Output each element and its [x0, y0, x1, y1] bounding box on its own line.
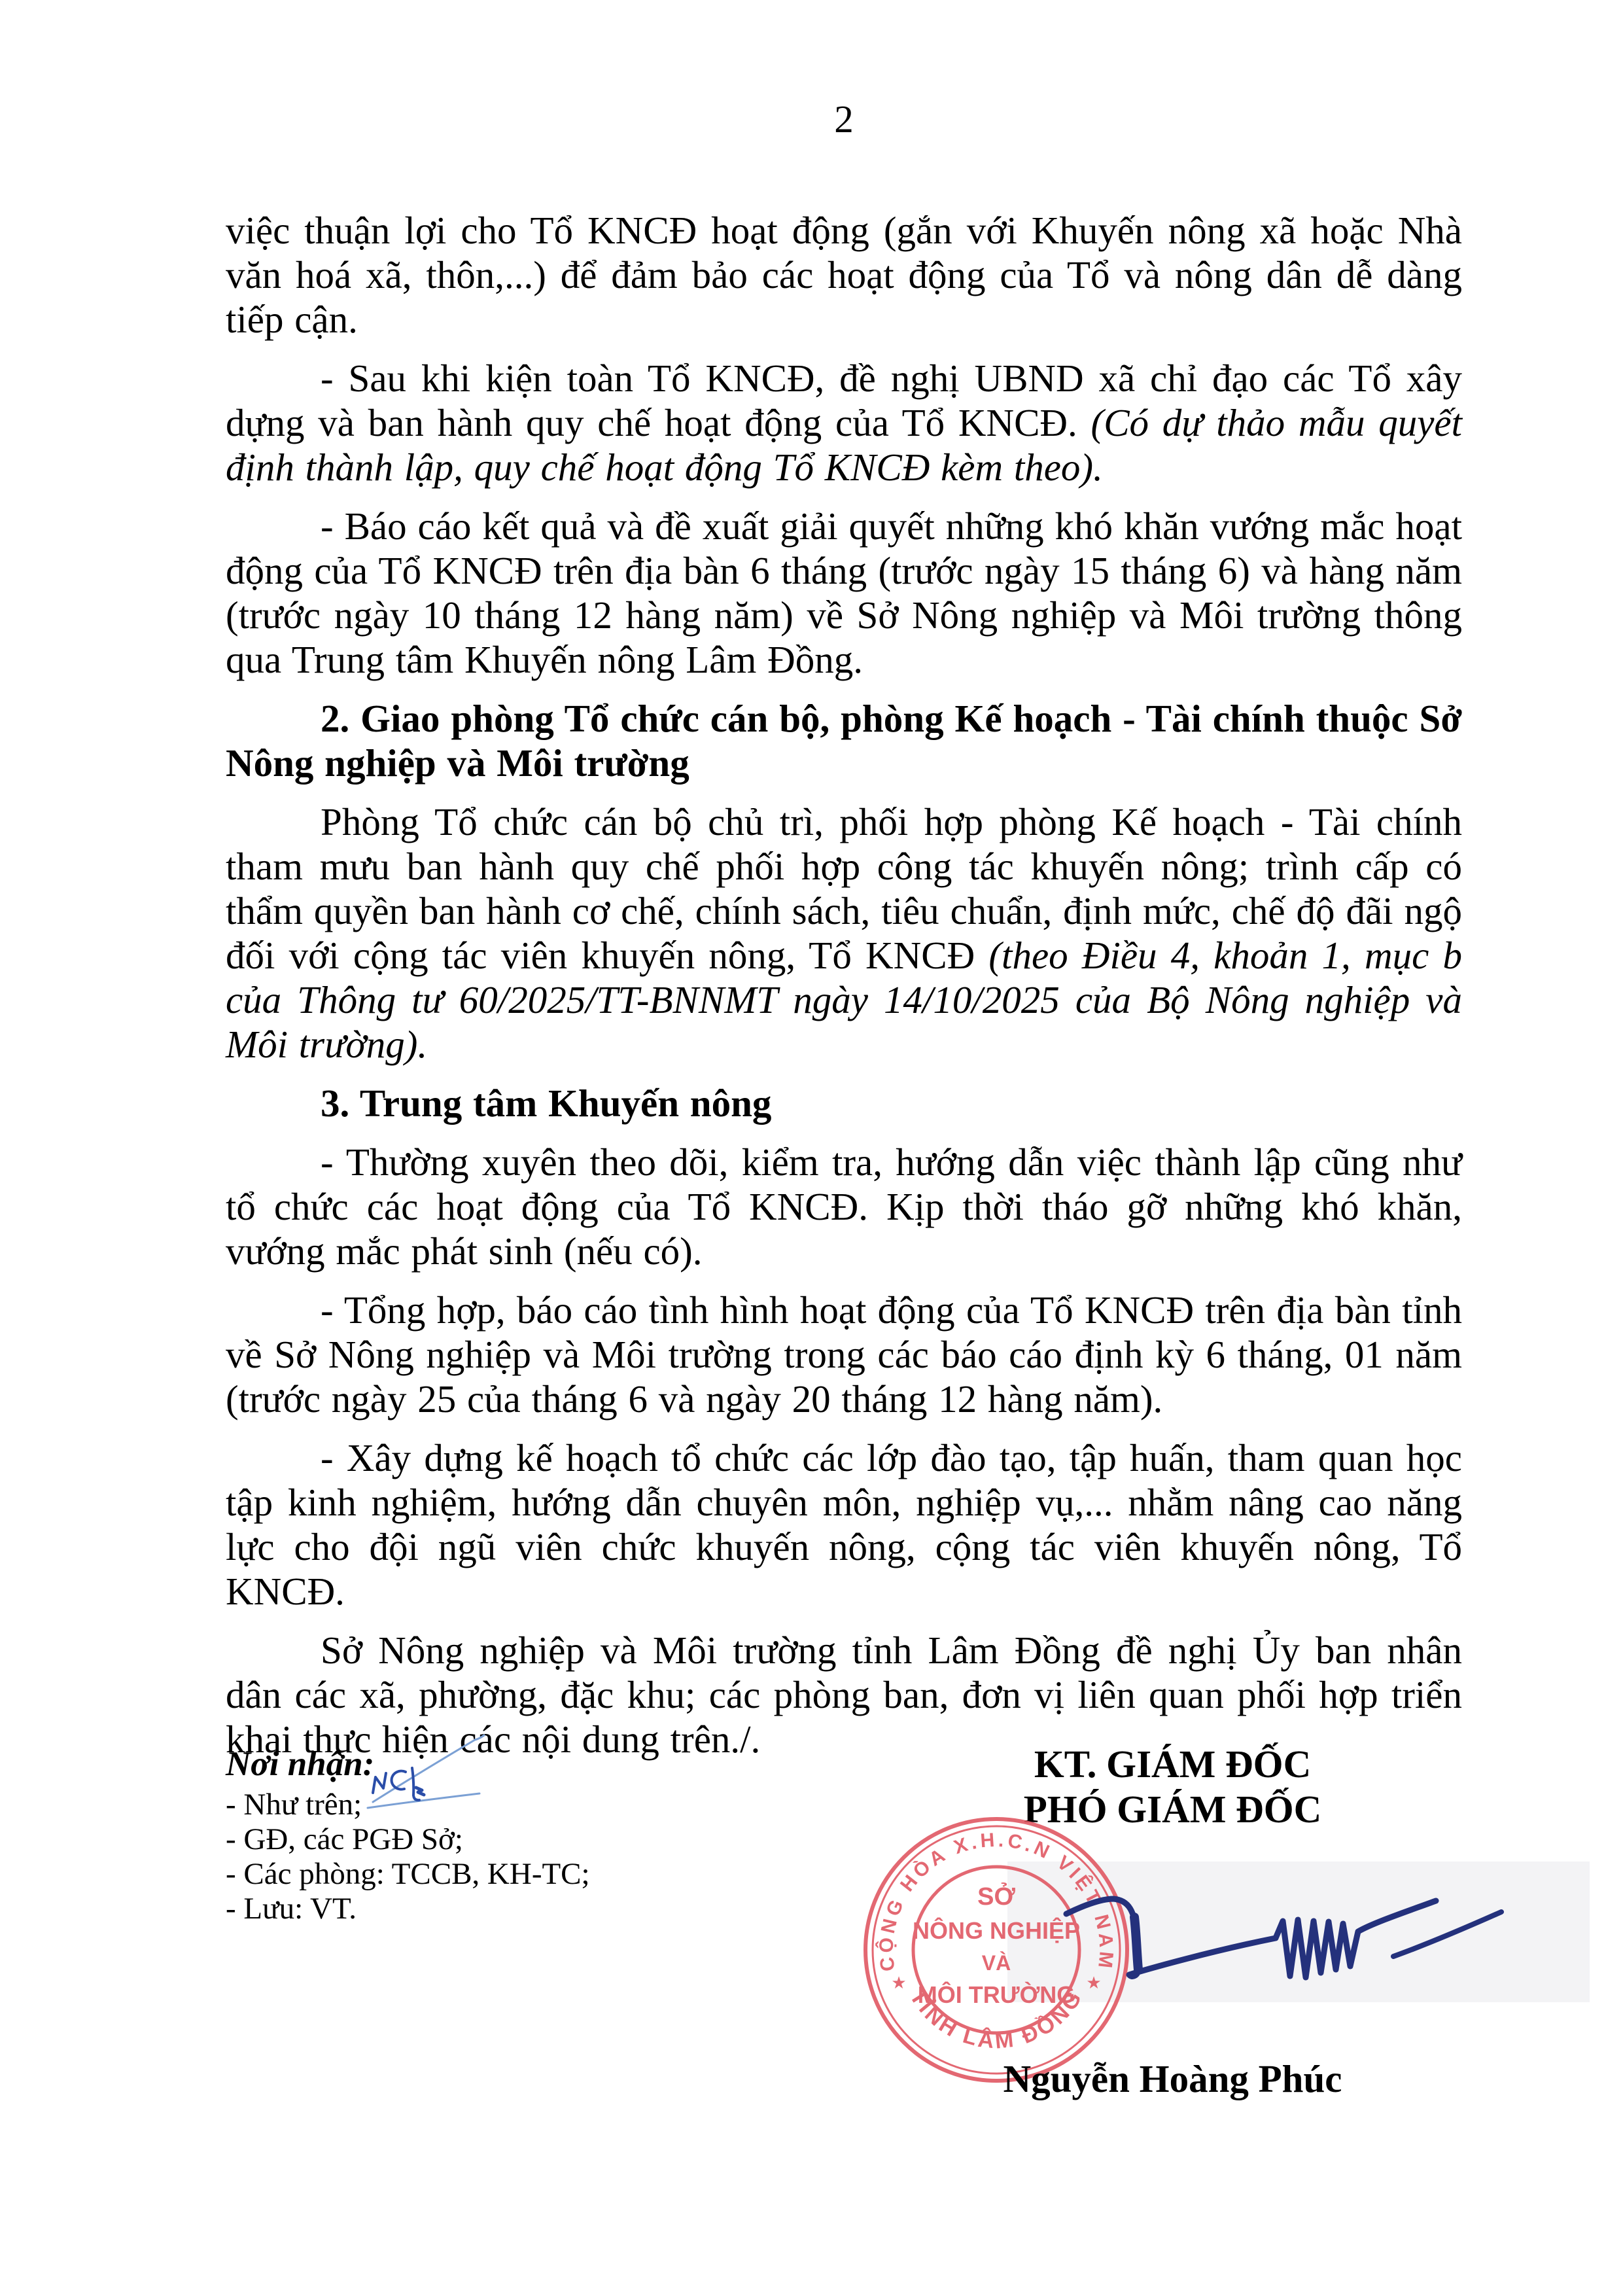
recipients-heading: Nơi nhận:: [226, 1744, 814, 1784]
stamp-star-left-icon: ★: [891, 1973, 906, 1992]
paragraph: - Thường xuyên theo dõi, kiểm tra, hướng…: [226, 1140, 1462, 1273]
text-segment: - Tổng hợp, báo cáo tình hình hoạt động …: [226, 1288, 1462, 1421]
initials-letter-n: [373, 1773, 386, 1793]
signature-flourish-stroke: [1393, 1912, 1501, 1956]
document-body: việc thuận lợi cho Tổ KNCĐ hoạt động (gắ…: [226, 208, 1462, 1776]
recipient-item: - Các phòng: TCCB, KH-TC;: [226, 1857, 814, 1892]
signature-ink: [1007, 1871, 1531, 2022]
section-heading: 2. Giao phòng Tổ chức cán bộ, phòng Kế h…: [226, 696, 1462, 785]
paragraph: - Báo cáo kết quả và đề xuất giải quyết …: [226, 504, 1462, 682]
recipient-item: - Như trên;: [226, 1788, 814, 1822]
initials-scribble: [416, 1788, 424, 1795]
paragraph: Phòng Tổ chức cán bộ chủ trì, phối hợp p…: [226, 800, 1462, 1067]
paragraph: việc thuận lợi cho Tổ KNCĐ hoạt động (gắ…: [226, 208, 1462, 342]
paragraph: - Xây dựng kế hoạch tổ chức các lớp đào …: [226, 1436, 1462, 1614]
text-segment: - Thường xuyên theo dõi, kiểm tra, hướng…: [226, 1140, 1462, 1273]
section-heading: 3. Trung tâm Khuyến nông: [226, 1081, 1462, 1125]
text-segment: - Xây dựng kế hoạch tổ chức các lớp đào …: [226, 1436, 1462, 1613]
recipient-item: - GĐ, các PGĐ Sở;: [226, 1822, 814, 1857]
initials-ink: [353, 1727, 497, 1819]
signature-descender-stroke: [1134, 1917, 1138, 1969]
text-segment: 3. Trung tâm Khuyến nông: [321, 1082, 771, 1125]
text-segment: - Báo cáo kết quả và đề xuất giải quyết …: [226, 504, 1462, 681]
paragraph: - Tổng hợp, báo cáo tình hình hoạt động …: [226, 1288, 1462, 1421]
recipient-item: - Lưu: VT.: [226, 1892, 814, 1926]
text-segment: việc thuận lợi cho Tổ KNCĐ hoạt động (gắ…: [226, 209, 1462, 341]
stamp-center-line: VÀ: [982, 1951, 1011, 1975]
recipients-block: Nơi nhận: - Như trên; - GĐ, các PGĐ Sở; …: [226, 1744, 814, 1926]
signer-name: Nguyễn Hoàng Phúc: [850, 2057, 1495, 2102]
signer-position-line1: KT. GIÁM ĐỐC: [850, 1742, 1495, 1787]
text-segment: 2. Giao phòng Tổ chức cán bộ, phòng Kế h…: [226, 697, 1462, 785]
document-page: 2 việc thuận lợi cho Tổ KNCĐ hoạt động (…: [0, 0, 1623, 2296]
page-number: 2: [226, 97, 1462, 141]
paragraph: - Sau khi kiện toàn Tổ KNCĐ, đề nghị UBN…: [226, 356, 1462, 489]
initials-diagonal-stroke: [373, 1735, 484, 1802]
signature-main-stroke: [1066, 1899, 1436, 1977]
